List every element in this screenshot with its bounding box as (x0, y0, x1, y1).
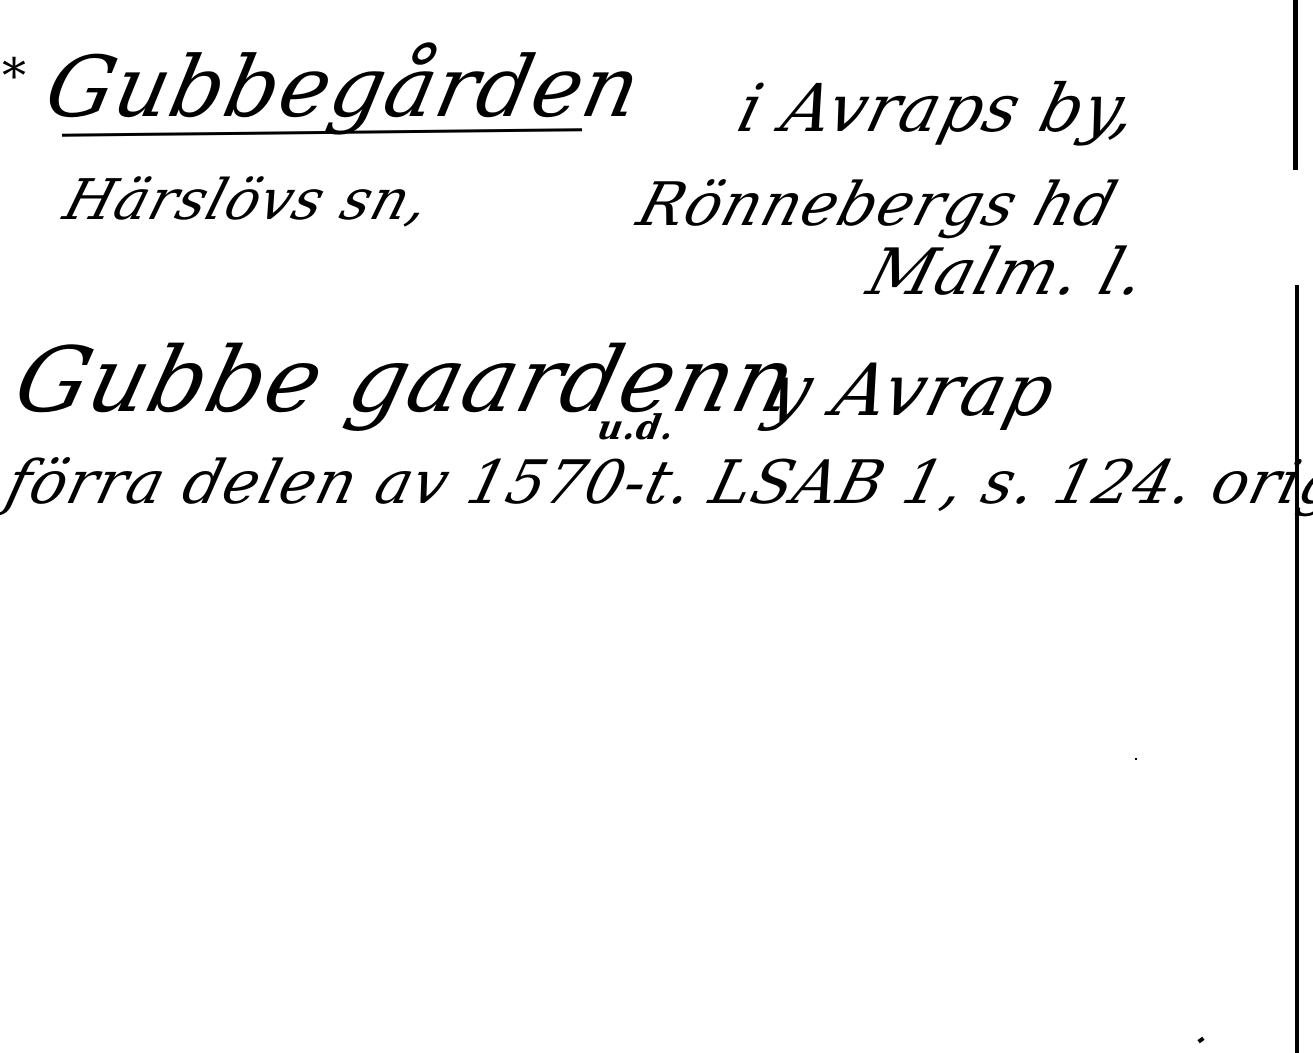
historical-form-location: y Avrap (760, 348, 1065, 432)
headword: Gubbegården (38, 38, 650, 136)
card-edge-top (1293, 0, 1298, 170)
card-edge-bottom (1295, 285, 1299, 1053)
date-superscript: u.d. (594, 408, 677, 448)
scan-speck (1135, 758, 1137, 760)
entry-marker: * (2, 48, 27, 104)
location-parish: Härslövs sn, (57, 168, 438, 233)
location-village: i Avraps by, (730, 70, 1145, 147)
scan-speck (1197, 1037, 1204, 1044)
index-card: * Gubbegården i Avraps by, Härslövs sn, … (0, 0, 1313, 1053)
location-district: Rönnebergs hd (630, 170, 1125, 240)
historical-form: Gubbe gaardenn (5, 328, 807, 433)
location-county: Malm. l. (859, 236, 1155, 310)
source-reference: förra delen av 1570-t. LSAB 1, s. 124. o… (0, 448, 1313, 518)
